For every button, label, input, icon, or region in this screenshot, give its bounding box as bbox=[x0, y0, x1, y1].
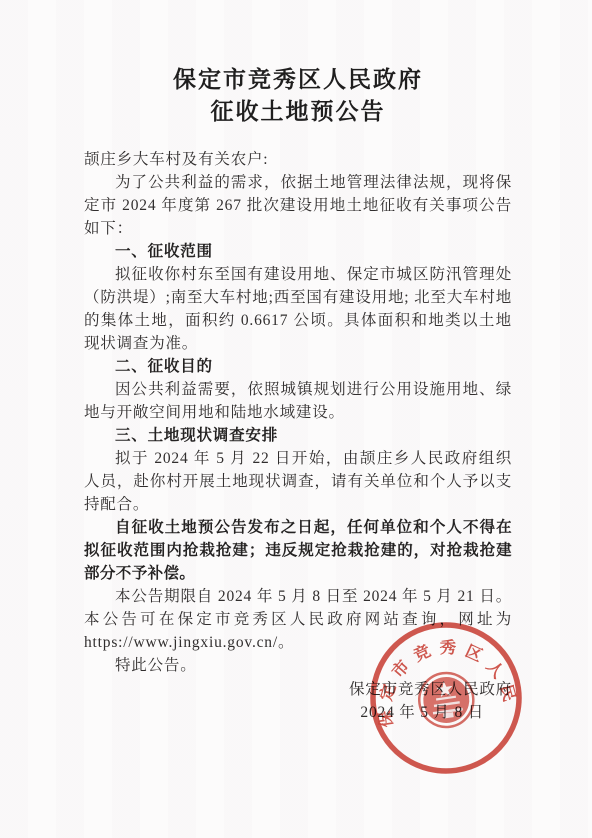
title-line-1: 保定市竞秀区人民政府 bbox=[84, 64, 512, 96]
section-2-body: 因公共利益需要，依照城镇规划进行公用设施用地、绿地与开敞空间用地和陆地水域建设。 bbox=[84, 378, 512, 424]
section-2-heading: 二、征收目的 bbox=[84, 355, 512, 378]
document-title: 保定市竞秀区人民政府 征收土地预公告 bbox=[84, 64, 512, 128]
signature-block: 保定市竞秀区人民政府 2024 年 5 月 8 日 bbox=[84, 678, 512, 724]
section-1-body: 拟征收你村东至国有建设用地、保定市城区防汛管理处（防洪堤）;南至大车村地;西至国… bbox=[84, 263, 512, 355]
closing-paragraph: 特此公告。 bbox=[84, 654, 512, 677]
section-1-heading: 一、征收范围 bbox=[84, 240, 512, 263]
signature-issuer: 保定市竞秀区人民政府 bbox=[84, 678, 512, 701]
scanned-announcement-page: 保定市竞秀区人民政府 征收土地预公告 颉庄乡大车村及有关农户: 为了公共利益的需… bbox=[0, 0, 592, 838]
validity-paragraph: 本公告期限自 2024 年 5 月 8 日至 2024 年 5 月 21 日。本… bbox=[84, 585, 512, 654]
salutation-line: 颉庄乡大车村及有关农户: bbox=[84, 148, 512, 171]
intro-paragraph: 为了公共利益的需求，依据土地管理法律法规，现将保定市 2024 年度第 267 … bbox=[84, 171, 512, 240]
document-body: 保定市竞秀区人民政府 征收土地预公告 颉庄乡大车村及有关农户: 为了公共利益的需… bbox=[84, 64, 512, 724]
section-3-heading: 三、土地现状调查安排 bbox=[84, 424, 512, 447]
signature-date: 2024 年 5 月 8 日 bbox=[84, 701, 512, 724]
warning-paragraph: 自征收土地预公告发布之日起，任何单位和个人不得在拟征收范围内抢栽抢建；违反规定抢… bbox=[84, 516, 512, 585]
section-3-body: 拟于 2024 年 5 月 22 日开始，由颉庄乡人民政府组织人员，赴你村开展土… bbox=[84, 447, 512, 516]
title-line-2: 征收土地预公告 bbox=[84, 96, 512, 128]
